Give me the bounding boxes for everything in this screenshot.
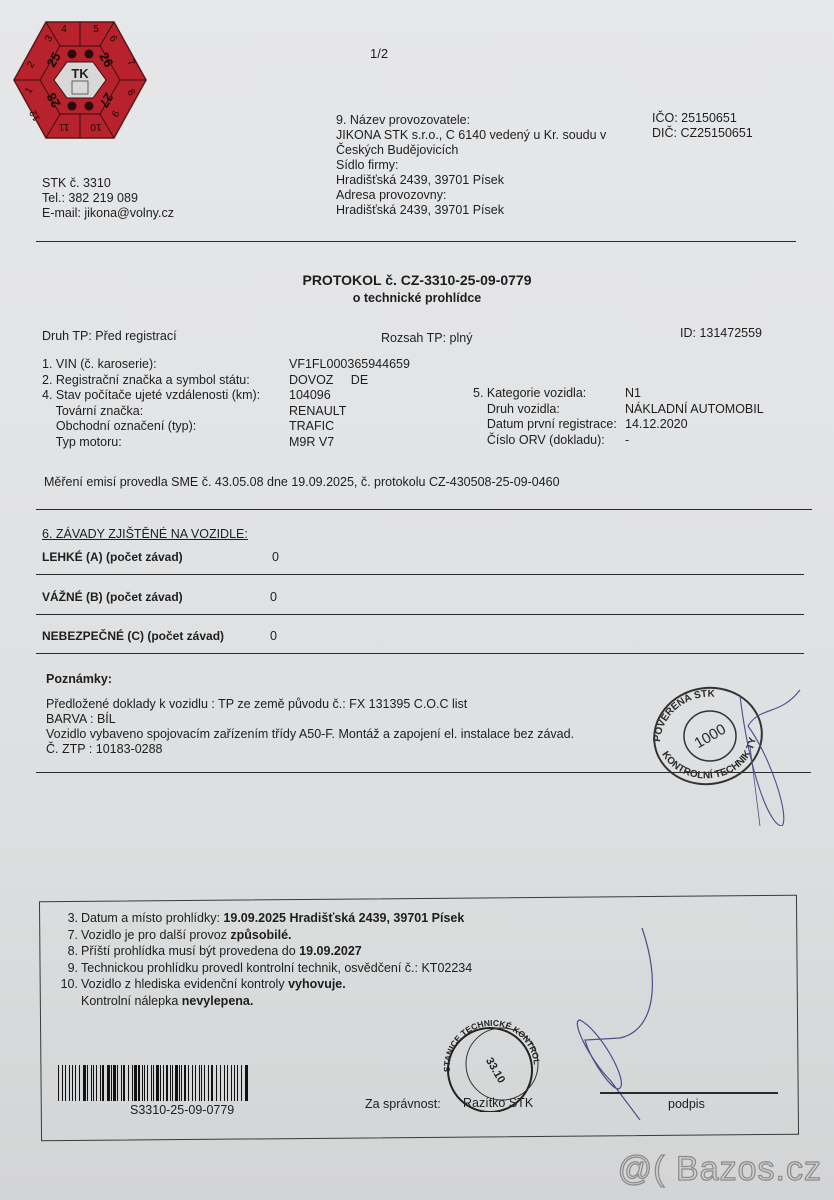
inspection-type: Druh TP: Před registrací xyxy=(42,329,177,344)
svg-text:TK: TK xyxy=(71,66,89,81)
field-value: NÁKLADNÍ AUTOMOBIL xyxy=(625,402,764,417)
result-value: vyhovuje. xyxy=(288,977,346,991)
emissions-note: Měření emisí provedla SME č. 43.05.08 dn… xyxy=(44,475,560,490)
divider xyxy=(36,653,804,654)
station-phone: Tel.: 382 219 089 xyxy=(42,191,174,206)
field-value: - xyxy=(625,433,629,448)
field-label: 5. Kategorie vozidla: xyxy=(473,386,586,401)
field-label: Tovární značka: xyxy=(42,404,143,419)
note-line: Předložené doklady k vozidlu : TP ze zem… xyxy=(46,697,574,712)
premises-address: Hradišťská 2439, 39701 Písek xyxy=(336,203,606,218)
defect-count: 0 xyxy=(270,590,277,604)
dic: DIČ: CZ25150651 xyxy=(652,126,753,141)
barcode-text: S3310-25-09-0779 xyxy=(130,1103,234,1117)
svg-text:33.10: 33.10 xyxy=(483,1056,507,1086)
field-label: 4. Stav počítače ujeté vzdálenosti (km): xyxy=(42,388,260,403)
note-line: Vozidlo vybaveno spojovacím zařízením tř… xyxy=(46,727,574,742)
seat-label: Sídlo firmy: xyxy=(336,158,606,173)
result-text: Vozidlo je pro další provoz xyxy=(81,928,230,942)
result-line: 10.Vozidlo z hlediska evidenční kontroly… xyxy=(60,976,472,993)
defects-heading: 6. ZÁVADY ZJIŠTĚNÉ NA VOZIDLE: xyxy=(42,527,248,541)
signature-label: podpis xyxy=(668,1097,705,1112)
result-text: Příští prohlídka musí být provedena do xyxy=(81,944,299,958)
field-label: 1. VIN (č. karoserie): xyxy=(42,357,157,372)
result-value: 19.09.2027 xyxy=(299,944,362,958)
svg-text:11: 11 xyxy=(58,121,69,132)
defect-count: 0 xyxy=(270,629,277,643)
result-value: způsobilé. xyxy=(230,928,291,942)
defect-category: NEBEZPEČNÉ (C) (počet závad) xyxy=(42,629,224,643)
ico: IČO: 25150651 xyxy=(652,111,753,126)
field-value: 104096 xyxy=(289,388,331,403)
divider xyxy=(36,241,796,242)
inspection-results: 3.Datum a místo prohlídky: 19.09.2025 Hr… xyxy=(60,910,472,1009)
result-number: 9. xyxy=(60,960,78,977)
defect-category: LEHKÉ (A) (počet závad) xyxy=(42,550,183,564)
field-label: Typ motoru: xyxy=(42,435,122,450)
station-email: E-mail: jikona@volny.cz xyxy=(42,206,174,221)
result-value: nevylepena. xyxy=(182,994,254,1008)
station-contact: STK č. 3310 Tel.: 382 219 089 E-mail: ji… xyxy=(42,176,174,221)
company-ids: IČO: 25150651 DIČ: CZ25150651 xyxy=(652,111,753,141)
signature-icon xyxy=(570,920,690,1120)
premises-label: Adresa provozovny: xyxy=(336,188,606,203)
operator-name-cont: Českých Budějovicích xyxy=(336,143,606,158)
svg-text:5: 5 xyxy=(93,24,99,35)
operator-heading: 9. Název provozovatele: xyxy=(336,113,606,128)
result-line: Kontrolní nálepka nevylepena. xyxy=(60,993,472,1010)
field-value: M9R V7 xyxy=(289,435,334,450)
result-line: 7.Vozidlo je pro další provoz způsobilé. xyxy=(60,927,472,944)
result-number: 10. xyxy=(60,976,78,993)
notes-lines: Předložené doklady k vozidlu : TP ze zem… xyxy=(46,697,574,757)
field-value: N1 xyxy=(625,386,641,401)
station-stamp-icon: STANICE TECHNICKÉ KONTROLY 33.10 xyxy=(430,1012,570,1112)
result-text: Datum a místo prohlídky: xyxy=(81,911,223,925)
bazos-watermark: @( Bazos.cz xyxy=(618,1150,822,1189)
result-line: 3.Datum a místo prohlídky: 19.09.2025 Hr… xyxy=(60,910,472,927)
protocol-subtitle: o technické prohlídce xyxy=(0,291,834,305)
operator-block: 9. Název provozovatele: JIKONA STK s.r.o… xyxy=(336,113,606,218)
protocol-title: PROTOKOL č. CZ-3310-25-09-0779 xyxy=(0,272,834,288)
result-line: 8.Příští prohlídka musí být provedena do… xyxy=(60,943,472,960)
vehicle-info-right: 5. Kategorie vozidla:N1 Druh vozidla:NÁK… xyxy=(473,386,813,450)
defect-category: VÁŽNÉ (B) (počet závad) xyxy=(42,590,183,604)
svg-text:4: 4 xyxy=(61,24,67,35)
stk-number: STK č. 3310 xyxy=(42,176,174,191)
protocol-id: ID: 131472559 xyxy=(680,326,762,341)
field-label: Druh vozidla: xyxy=(473,402,560,417)
note-line: Č. ZTP : 10183-0288 xyxy=(46,742,574,757)
result-number: 8. xyxy=(60,943,78,960)
field-value: 14.12.2020 xyxy=(625,417,688,432)
seat-address: Hradišťská 2439, 39701 Písek xyxy=(336,173,606,188)
page-number: 1/2 xyxy=(370,46,388,61)
stk-sticker-icon: TK 123456789101112 25262728 xyxy=(12,20,148,140)
svg-text:10: 10 xyxy=(90,121,102,132)
result-number: 3. xyxy=(60,910,78,927)
field-label: Datum první registrace: xyxy=(473,417,617,432)
note-line: BARVA : BÍL xyxy=(46,712,574,727)
operator-name: JIKONA STK s.r.o., C 6140 vedený u Kr. s… xyxy=(336,128,606,143)
svg-text:1000: 1000 xyxy=(692,721,729,752)
vehicle-info-left: 1. VIN (č. karoserie):VF1FL0003659446592… xyxy=(42,357,462,457)
defect-count: 0 xyxy=(272,550,279,564)
field-label: 2. Registrační značka a symbol státu: xyxy=(42,373,250,388)
result-number: 7. xyxy=(60,927,78,944)
notes-block: Poznámky: Předložené doklady k vozidlu :… xyxy=(46,672,574,757)
result-line: 9.Technickou prohlídku provedl kontrolní… xyxy=(60,960,472,977)
result-value: 19.09.2025 Hradišťská 2439, 39701 Písek xyxy=(223,911,464,925)
field-value: DOVOZ DE xyxy=(289,373,368,388)
field-value: TRAFIC xyxy=(289,419,334,434)
divider xyxy=(36,509,812,510)
result-text: Kontrolní nálepka xyxy=(81,994,182,1008)
field-label: Obchodní označení (typ): xyxy=(42,419,196,434)
inspection-scope: Rozsah TP: plný xyxy=(381,331,472,346)
field-value: RENAULT xyxy=(289,404,346,419)
signature-line xyxy=(600,1092,778,1094)
field-label: Číslo ORV (dokladu): xyxy=(473,433,605,448)
notes-heading: Poznámky: xyxy=(46,672,574,687)
divider xyxy=(36,614,804,615)
result-text: Vozidlo z hlediska evidenční kontroly xyxy=(81,977,288,991)
result-text: Technickou prohlídku provedl kontrolní t… xyxy=(81,961,472,975)
protocol-title-block: PROTOKOL č. CZ-3310-25-09-0779 o technic… xyxy=(0,272,834,305)
divider xyxy=(36,574,804,575)
technician-stamp-icon: POVĚŘENÁ STK KONTROLNÍ TECHNIK TYP K 100… xyxy=(640,676,820,826)
field-value: VF1FL000365944659 xyxy=(289,357,410,372)
